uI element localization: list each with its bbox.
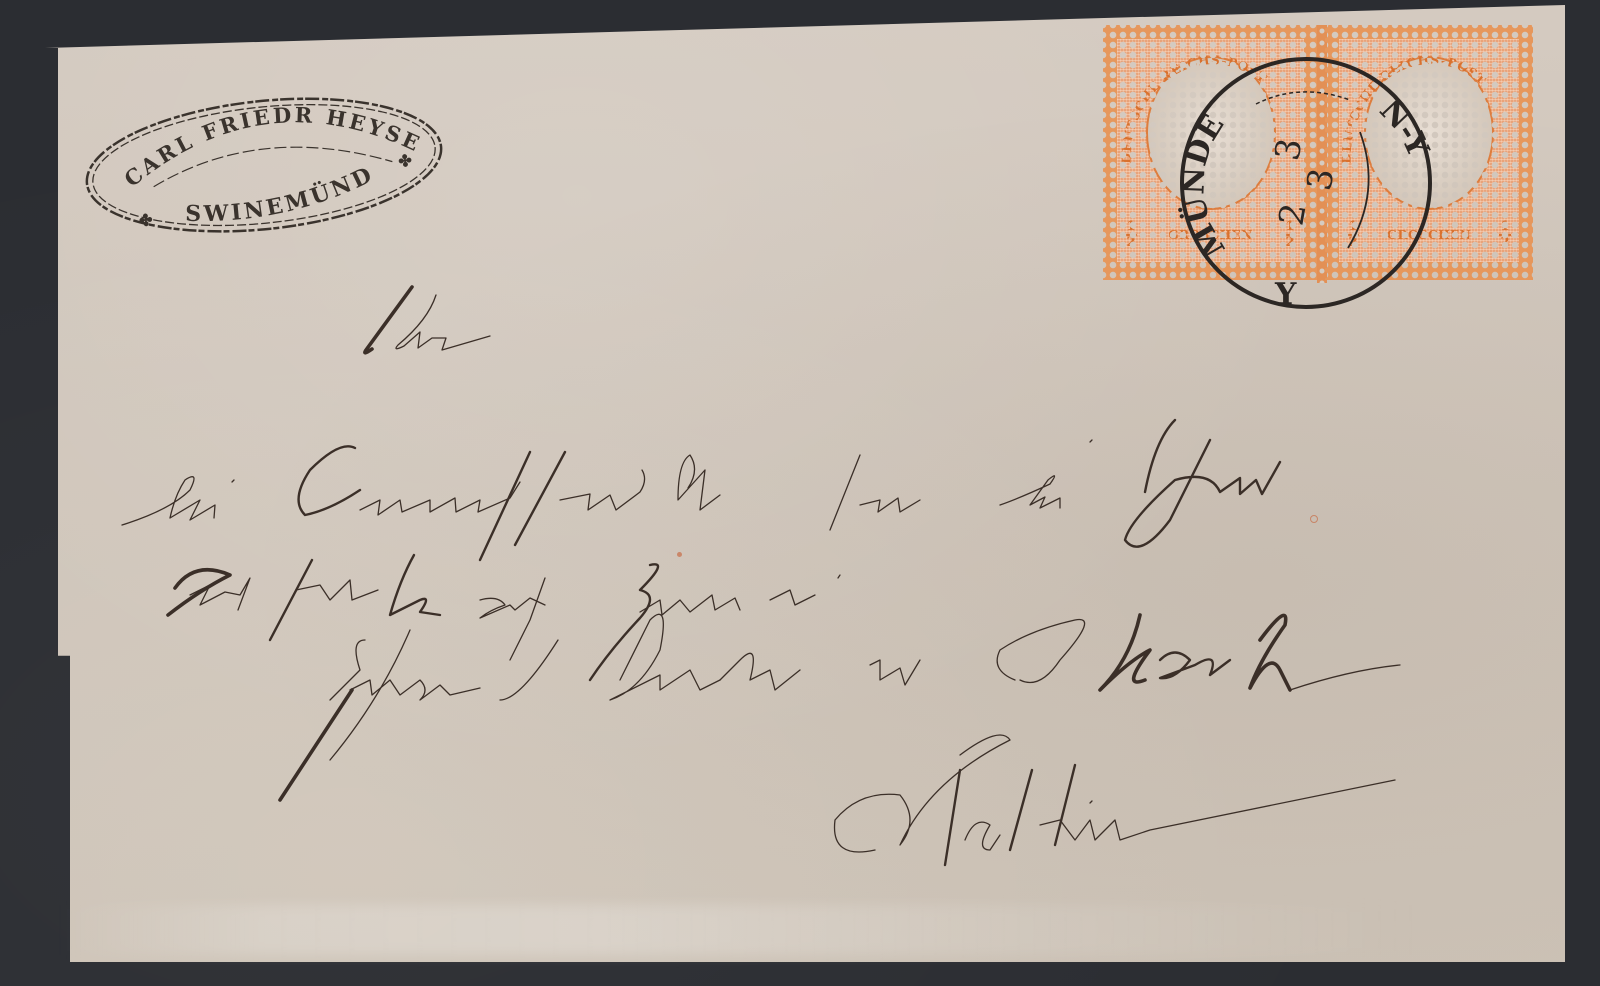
- postmark-extra: 3: [1299, 165, 1342, 193]
- postmark-bottom: Y: [1274, 277, 1297, 312]
- circular-postmark: MÜNDE N-Y 3 2 3 Y: [1170, 52, 1442, 314]
- cachet-ornament-right: ✤: [397, 150, 415, 171]
- address-line3-name: Bock: [1100, 600, 1250, 670]
- cachet-ornament-left: ✤: [138, 210, 156, 231]
- address-line1: die Commission für die Gas: [120, 440, 901, 505]
- postmark-month: 2: [1271, 200, 1314, 228]
- light-glare: [60, 905, 1420, 955]
- address-line3-prefix: Herrn Stadtrath: [330, 620, 758, 680]
- address-line4-city: Stettin: [830, 760, 1071, 842]
- address-line2: Anstalt zu Händen des: [160, 550, 756, 610]
- foxing-spot: [1310, 515, 1318, 523]
- postmark-day: 3: [1267, 135, 1310, 163]
- postmark-town: MÜNDE: [1175, 109, 1232, 263]
- salutation-text: An: [355, 300, 410, 346]
- foxing-spot: [677, 552, 682, 557]
